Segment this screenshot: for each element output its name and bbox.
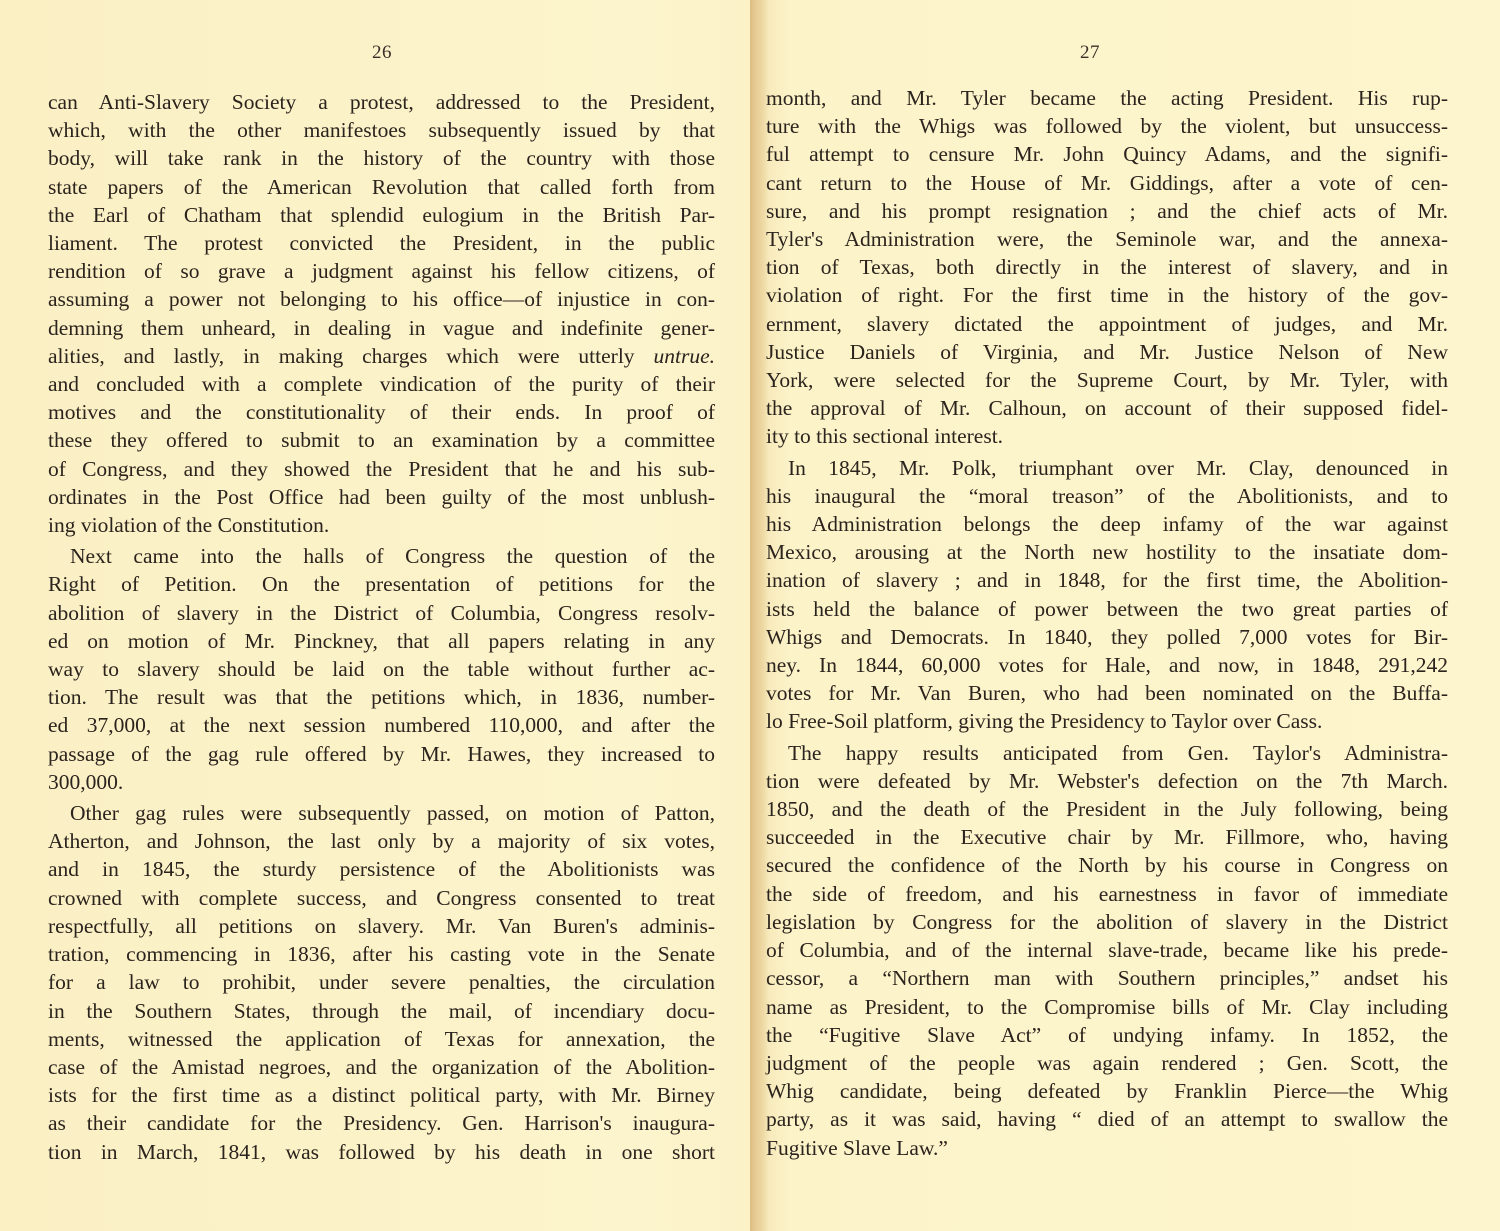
text-line: passage of the gag rule offered by Mr. H… <box>48 740 715 768</box>
paragraph: Next came into the halls of Congress the… <box>48 542 715 796</box>
text-line: demning them unheard, in dealing in vagu… <box>48 314 715 342</box>
text-line: cessor, a “Northern man with Southern pr… <box>766 964 1448 992</box>
text-line: assuming a power not belonging to his of… <box>48 285 715 313</box>
text-line: ful attempt to censure Mr. John Quincy A… <box>766 140 1448 168</box>
text-line: tration, commencing in 1836, after his c… <box>48 940 715 968</box>
text-line: Mexico, arousing at the North new hostil… <box>766 538 1448 566</box>
text-line: crowned with complete success, and Congr… <box>48 884 715 912</box>
text-line: Other gag rules were subsequently passed… <box>48 799 715 827</box>
text-line: tion of Texas, both directly in the inte… <box>766 253 1448 281</box>
text-line: ordinates in the Post Office had been gu… <box>48 483 715 511</box>
text-line: lo Free-Soil platform, giving the Presid… <box>766 707 1448 735</box>
paragraph: In 1845, Mr. Polk, triumphant over Mr. C… <box>766 454 1448 736</box>
left-page: 26 can Anti-Slavery Society a protest, a… <box>0 0 750 1231</box>
text-line: votes for Mr. Van Buren, who had been no… <box>766 679 1448 707</box>
italic-emphasis: untrue. <box>653 344 715 368</box>
text-line: 300,000. <box>48 768 715 796</box>
text-line: his Administration belongs the deep infa… <box>766 510 1448 538</box>
text-line: 1850, and the death of the President in … <box>766 795 1448 823</box>
text-line: body, will take rank in the history of t… <box>48 144 715 172</box>
text-line: secured the confidence of the North by h… <box>766 851 1448 879</box>
text-line: Next came into the halls of Congress the… <box>48 542 715 570</box>
text-line: of Columbia, and of the internal slave-t… <box>766 936 1448 964</box>
text-line: Whig candidate, being defeated by Frankl… <box>766 1077 1448 1105</box>
text-line: the approval of Mr. Calhoun, on account … <box>766 394 1448 422</box>
book-gutter <box>750 0 768 1231</box>
text-line: ernment, slavery dictated the appointmen… <box>766 310 1448 338</box>
text-line: the “Fugitive Slave Act” of undying infa… <box>766 1021 1448 1049</box>
text-line: these they offered to submit to an exami… <box>48 426 715 454</box>
text-line: his inaugural the “moral treason” of the… <box>766 482 1448 510</box>
paragraph: Other gag rules were subsequently passed… <box>48 799 715 1166</box>
text-line: for a law to prohibit, under severe pena… <box>48 968 715 996</box>
text-line: alities, and lastly, in making charges w… <box>48 342 715 370</box>
text-line: abolition of slavery in the District of … <box>48 599 715 627</box>
text-line: legislation by Congress for the abolitio… <box>766 908 1448 936</box>
text-line: of Congress, and they showed the Preside… <box>48 455 715 483</box>
text-line: rendition of so grave a judgment against… <box>48 257 715 285</box>
text-line: ments, witnessed the application of Texa… <box>48 1025 715 1053</box>
text-line: Whigs and Democrats. In 1840, they polle… <box>766 623 1448 651</box>
text-line: Right of Petition. On the presentation o… <box>48 570 715 598</box>
text-line: tion were defeated by Mr. Webster's defe… <box>766 767 1448 795</box>
text-line: ity to this sectional interest. <box>766 422 1448 450</box>
text-line: and in 1845, the sturdy persistence of t… <box>48 855 715 883</box>
text-line: ed on motion of Mr. Pinckney, that all p… <box>48 627 715 655</box>
page-body: month, and Mr. Tyler became the acting P… <box>766 84 1448 1162</box>
text-line: the side of freedom, and his earnestness… <box>766 880 1448 908</box>
text-line: ing violation of the Constitution. <box>48 511 715 539</box>
text-line: ney. In 1844, 60,000 votes for Hale, and… <box>766 651 1448 679</box>
text-line: case of the Amistad negroes, and the org… <box>48 1053 715 1081</box>
text-line: state papers of the American Revolution … <box>48 173 715 201</box>
text-line: sure, and his prompt resignation ; and t… <box>766 197 1448 225</box>
text-line: respectfully, all petitions on slavery. … <box>48 912 715 940</box>
text-line: ed 37,000, at the next session numbered … <box>48 711 715 739</box>
text-line: Atherton, and Johnson, the last only by … <box>48 827 715 855</box>
page-number: 27 <box>1080 42 1100 64</box>
paragraph: can Anti-Slavery Society a protest, addr… <box>48 88 715 539</box>
text-line: as their candidate for the Presidency. G… <box>48 1109 715 1137</box>
text-line: motives and the constitutionality of the… <box>48 398 715 426</box>
text-line: Tyler's Administration were, the Seminol… <box>766 225 1448 253</box>
text-line: way to slavery should be laid on the tab… <box>48 655 715 683</box>
text-line: cant return to the House of Mr. Giddings… <box>766 169 1448 197</box>
paragraph: The happy results anticipated from Gen. … <box>766 739 1448 1162</box>
text-line: and concluded with a complete vindicatio… <box>48 370 715 398</box>
text-line: ination of slavery ; and in 1848, for th… <box>766 566 1448 594</box>
text-line: The happy results anticipated from Gen. … <box>766 739 1448 767</box>
text-line: ists held the balance of power between t… <box>766 595 1448 623</box>
text-line: liament. The protest convicted the Presi… <box>48 229 715 257</box>
text-line: party, as it was said, having “ died of … <box>766 1105 1448 1133</box>
text-line: York, were selected for the Supreme Cour… <box>766 366 1448 394</box>
text-line: ture with the Whigs was followed by the … <box>766 112 1448 140</box>
text-line: can Anti-Slavery Society a protest, addr… <box>48 88 715 116</box>
text-line: In 1845, Mr. Polk, triumphant over Mr. C… <box>766 454 1448 482</box>
text-line: month, and Mr. Tyler became the acting P… <box>766 84 1448 112</box>
text-line: violation of right. For the first time i… <box>766 281 1448 309</box>
text-line: in the Southern States, through the mail… <box>48 997 715 1025</box>
text-line: name as President, to the Compromise bil… <box>766 993 1448 1021</box>
text-line: which, with the other manifestoes subseq… <box>48 116 715 144</box>
page-number: 26 <box>372 42 392 64</box>
book-spread: 26 can Anti-Slavery Society a protest, a… <box>0 0 1500 1231</box>
page-body: can Anti-Slavery Society a protest, addr… <box>48 88 715 1166</box>
text-line: Fugitive Slave Law.” <box>766 1134 1448 1162</box>
text-line: tion in March, 1841, was followed by his… <box>48 1138 715 1166</box>
paragraph: month, and Mr. Tyler became the acting P… <box>766 84 1448 451</box>
text-line: the Earl of Chatham that splendid eulogi… <box>48 201 715 229</box>
text-line: judgment of the people was again rendere… <box>766 1049 1448 1077</box>
text-line: succeeded in the Executive chair by Mr. … <box>766 823 1448 851</box>
text-line: ists for the first time as a distinct po… <box>48 1081 715 1109</box>
text-line: Justice Daniels of Virginia, and Mr. Jus… <box>766 338 1448 366</box>
text-line: tion. The result was that the petitions … <box>48 683 715 711</box>
right-page: 27 month, and Mr. Tyler became the actin… <box>750 0 1500 1231</box>
